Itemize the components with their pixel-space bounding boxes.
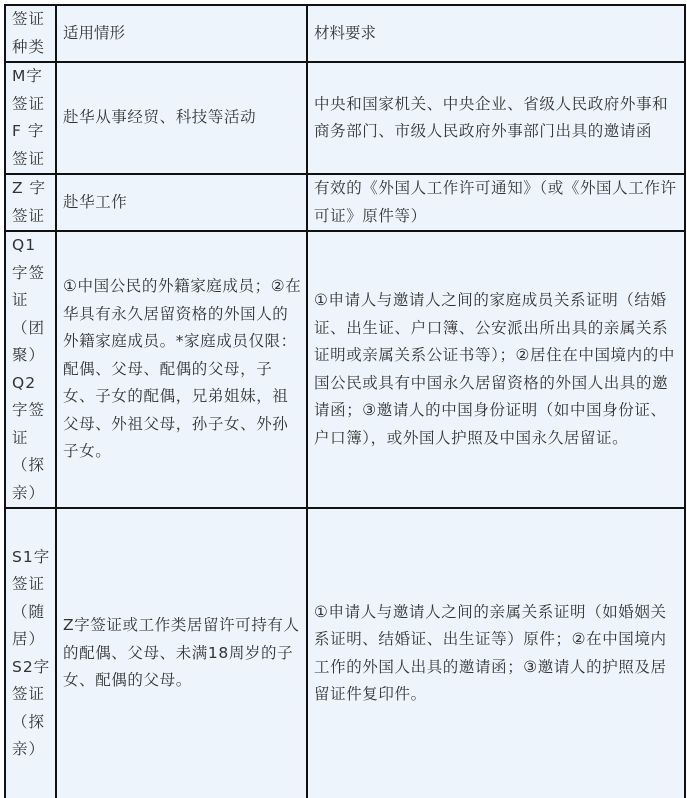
table-row: S1字签证（随居）S2字签证（探亲） Z字签证或工作类居留许可持有人的配偶、父母… [5,508,685,763]
visa-requirements-table: 签证种类 适用情形 材料要求 M字签证F 字签证 赴华从事经贸、科技等活动 中央… [4,4,686,763]
visa-type-cell: M字签证F 字签证 [5,62,56,174]
header-materials: 材料要求 [307,5,685,62]
visa-table-container: 签证种类 适用情形 材料要求 M字签证F 字签证 赴华从事经贸、科技等活动 中央… [4,4,686,763]
table-row: M字签证F 字签证 赴华从事经贸、科技等活动 中央和国家机关、中央企业、省级人民… [5,62,685,174]
header-applicable: 适用情形 [56,5,307,62]
header-visa-type: 签证种类 [5,5,56,62]
visa-type-cell: Z 字签证 [5,174,56,231]
visa-type-cell: Q1字签证（团聚）Q2字签证（探亲） [5,231,56,508]
applicable-cell: ①中国公民的外籍家庭成员；②在华具有永久居留资格的外国人的外籍家庭成员。*家庭成… [56,231,307,508]
table-row: Q1字签证（团聚）Q2字签证（探亲） ①中国公民的外籍家庭成员；②在华具有永久居… [5,231,685,508]
visa-type-cell: S1字签证（随居）S2字签证（探亲） [5,508,56,763]
table-row: Z 字签证 赴华工作 有效的《外国人工作许可通知》（或《外国人工作许可证》原件等… [5,174,685,231]
applicable-cell: 赴华工作 [56,174,307,231]
materials-cell: 有效的《外国人工作许可通知》（或《外国人工作许可证》原件等） [307,174,685,231]
materials-cell: 中央和国家机关、中央企业、省级人民政府外事和商务部门、市级人民政府外事部门出具的… [307,62,685,174]
table-header-row: 签证种类 适用情形 材料要求 [5,5,685,62]
materials-cell: ①申请人与邀请人之间的家庭成员关系证明（结婚证、出生证、户口簿、公安派出所出具的… [307,231,685,508]
applicable-cell: Z字签证或工作类居留许可持有人的配偶、父母、未满18周岁的子女、配偶的父母。 [56,508,307,763]
applicable-cell: 赴华从事经贸、科技等活动 [56,62,307,174]
materials-cell: ①申请人与邀请人之间的亲属关系证明（如婚姻关系证明、结婚证、出生证等）原件；②在… [307,508,685,763]
